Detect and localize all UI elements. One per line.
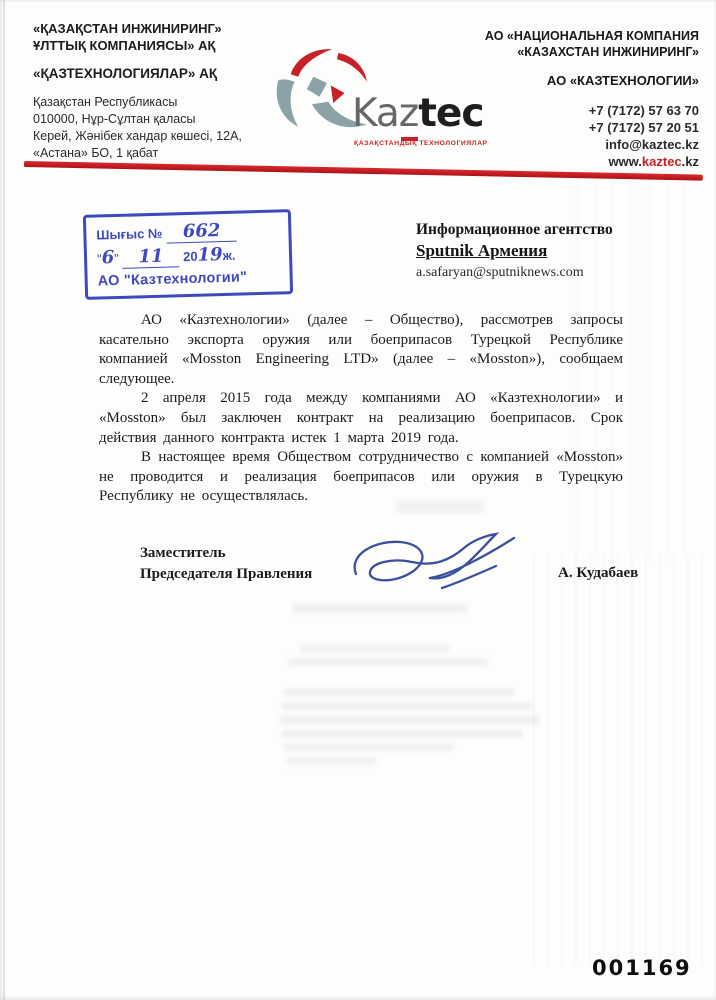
signer-title-line2: Председателя Правления <box>140 564 312 585</box>
phone-number: +7 (7172) 57 63 70 <box>485 102 699 119</box>
stamp-number-label: Шығыс № <box>96 226 162 243</box>
bleedthrough-smudge <box>284 688 514 696</box>
outgoing-number-stamp: Шығыс № 662 "6" 11 2019ж. АО "Казтехноло… <box>83 209 293 300</box>
stamp-year-printed: 20 <box>183 249 198 264</box>
body-paragraph: 2 апреля 2015 года между компаниями АО «… <box>99 389 623 448</box>
stamp-org-name: АО "Казтехнологии" <box>97 268 279 289</box>
address-line: 010000, Нұр-Сұлтан қаласы <box>33 111 278 128</box>
bleedthrough-smudge <box>284 743 454 751</box>
address-line: «Астана» БО, 1 қабат <box>33 145 278 162</box>
bleedthrough-smudge <box>286 757 376 765</box>
bleedthrough-smudge <box>282 730 522 738</box>
body-paragraph: В настоящее время Обществом сотрудничест… <box>99 448 623 507</box>
stamp-number-handwritten: 662 <box>167 220 237 244</box>
stamp-number-row: Шығыс № 662 <box>96 218 279 244</box>
stamp-year-handwritten: 19 <box>197 244 223 266</box>
stamp-day-handwritten: 6 <box>101 247 114 268</box>
subsidiary-name-ru: АО «КАЗТЕХНОЛОГИИ» <box>485 73 699 88</box>
company-name-kk-line1: «ҚАЗАҚСТАН ИНЖИНИРИНГ» <box>33 20 278 37</box>
logo-text-tec: tec <box>418 91 483 136</box>
stamp-year-suffix: ж. <box>222 248 235 263</box>
signer-title-line1: Заместитель <box>140 543 312 564</box>
letterhead-right: АО «НАЦИОНАЛЬНАЯ КОМПАНИЯ «КАЗАХСТАН ИНЖ… <box>485 28 699 170</box>
letter-body: АО «Казтехнологии» (далее – Общество), р… <box>99 311 623 507</box>
website-url: www.kaztec.kz <box>485 153 699 170</box>
bleedthrough-smudge <box>300 645 450 653</box>
bleedthrough-smudge <box>292 604 467 613</box>
bleedthrough-smudge <box>396 500 484 513</box>
address-line: Керей, Жәнібек хандар көшесі, 12А, <box>33 128 278 145</box>
stamp-quote-close: " <box>114 251 119 266</box>
letterhead-left: «ҚАЗАҚСТАН ИНЖИНИРИНГ» ҰЛТТЫҚ КОМПАНИЯСЫ… <box>33 20 278 162</box>
contacts-block: +7 (7172) 57 63 70 +7 (7172) 57 20 51 in… <box>485 102 699 170</box>
scan-edge-line <box>3 0 5 1000</box>
subsidiary-name-kk: «ҚАЗТЕХНОЛОГИЯЛАР» АҚ <box>33 66 278 81</box>
body-paragraph: АО «Казтехнологии» (далее – Общество), р… <box>99 311 623 389</box>
website-suffix: .kz <box>682 154 699 169</box>
company-name-ru-line1: АО «НАЦИОНАЛЬНАЯ КОМПАНИЯ <box>485 28 699 44</box>
address-block: Қазақстан Республикасы 010000, Нұр-Сұлта… <box>33 94 278 162</box>
website-brand: kaztec <box>642 154 682 169</box>
stamp-date-row: "6" 11 2019ж. <box>97 242 280 268</box>
scan-streaks <box>533 555 708 965</box>
handwritten-signature-icon <box>338 530 536 604</box>
website-prefix: www. <box>608 154 641 169</box>
logo-text-kaz: Kaz <box>352 91 418 136</box>
bleedthrough-smudge <box>282 702 532 710</box>
address-line: Қазақстан Республикасы <box>33 94 278 111</box>
kaztec-logo: Kaztec ҚАЗАҚСТАНДЫҚ ТЕХНОЛОГИЯЛАР <box>272 28 472 158</box>
company-name-kk-line2: ҰЛТТЫҚ КОМПАНИЯСЫ» АҚ <box>33 37 278 54</box>
document-page-number: 001169 <box>592 956 692 980</box>
email-address: info@kaztec.kz <box>485 136 699 153</box>
bleedthrough-smudge <box>288 658 488 666</box>
scan-streaks <box>576 180 686 560</box>
bleedthrough-smudge <box>280 716 540 724</box>
phone-number: +7 (7172) 57 20 51 <box>485 119 699 136</box>
signer-title: Заместитель Председателя Правления <box>140 543 312 585</box>
scanned-letter-page: «ҚАЗАҚСТАН ИНЖИНИРИНГ» ҰЛТТЫҚ КОМПАНИЯСЫ… <box>0 0 716 1000</box>
company-name-ru-line2: «КАЗАХСТАН ИНЖИНИРИНГ» <box>485 44 699 60</box>
stamp-month-handwritten: 11 <box>122 245 180 269</box>
logo-subtitle: ҚАЗАҚСТАНДЫҚ ТЕХНОЛОГИЯЛАР <box>354 140 488 147</box>
logo-wordmark: Kaztec <box>352 94 483 134</box>
